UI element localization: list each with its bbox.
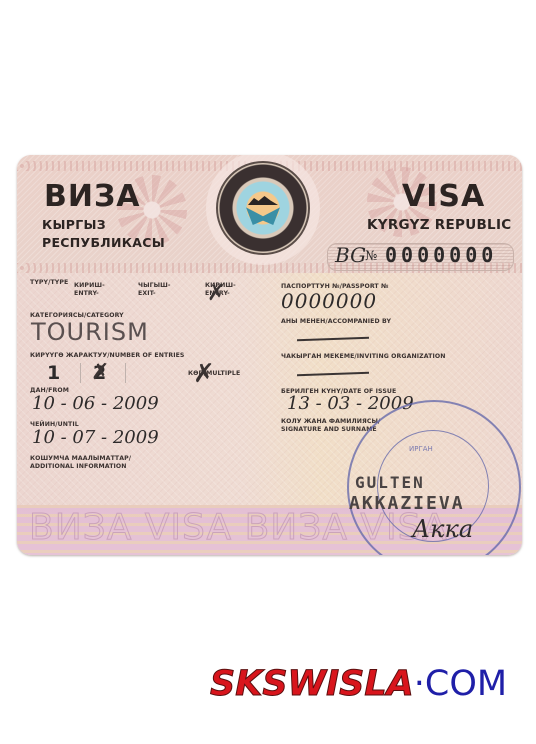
- emblem-mountains: [248, 195, 278, 205]
- passport-number: 0000000: [281, 289, 377, 313]
- serial-prefix: BG: [335, 243, 366, 267]
- cross-out-mark: ✗: [91, 360, 109, 385]
- site-watermark: SKSWISLA·COM: [210, 664, 507, 704]
- entries-divider: [125, 363, 126, 383]
- from-date: 10 - 06 - 2009: [32, 393, 159, 414]
- emblem-falcon: [246, 203, 280, 225]
- officer-first-name: GULTEN: [355, 473, 425, 492]
- accompanied-label: АНЫ МЕНЕН/ACCOMPANIED BY: [281, 318, 391, 326]
- inviting-org-label: ЧАКЫРГАН МЕКЕМЕ/INVITING ORGANIZATION: [281, 353, 446, 361]
- signature-label-ky: КОЛУ ЖАНА ФАМИЛИЯСЫ/: [281, 418, 380, 425]
- officer-surname: AKKAZIEVA: [349, 493, 465, 514]
- country-line-1-kyrgyz: КЫРГЫЗ: [42, 217, 106, 232]
- accompanied-dash: [297, 337, 369, 341]
- country-english: KYRGYZ REPUBLIC: [367, 217, 511, 233]
- type-option-exit: ЧЫГЫШ-EXIT-: [138, 282, 171, 297]
- type-label: ТҮРҮ/TYPE: [30, 279, 68, 287]
- visa-sticker: ВИЗА КЫРГЫЗ РЕСПУБЛИКАСЫ VISA KYRGYZ REP…: [17, 155, 522, 555]
- signature-label-en: SIGNATURE AND SURNAME: [281, 426, 377, 433]
- state-emblem-icon: [216, 161, 310, 255]
- until-date: 10 - 07 - 2009: [32, 427, 159, 448]
- cross-out-mark: ✗: [207, 281, 225, 306]
- entries-divider: [80, 363, 81, 383]
- visa-title-english: VISA: [402, 179, 485, 214]
- category-value: TOURISM: [31, 318, 149, 346]
- watermark-tld: ·COM: [414, 664, 507, 704]
- additional-info-label-ky: КОШУМЧА МААЛЫМАТТАР/: [30, 455, 131, 462]
- signature-label: КОЛУ ЖАНА ФАМИЛИЯСЫ/ SIGNATURE AND SURNA…: [281, 418, 380, 433]
- additional-info-label-en: ADDITIONAL INFORMATION: [30, 463, 127, 470]
- watermark-brand: SKSWISLA: [210, 664, 414, 704]
- inviting-org-dash: [297, 372, 369, 376]
- serial-number-symbol: №: [365, 249, 377, 264]
- additional-info-label: КОШУМЧА МААЛЫМАТТАР/ ADDITIONAL INFORMAT…: [30, 455, 131, 470]
- officer-signature: Акка: [412, 515, 473, 543]
- country-line-2-kyrgyz: РЕСПУБЛИКАСЫ: [42, 235, 165, 250]
- visa-title-kyrgyz: ВИЗА: [44, 179, 141, 214]
- type-option-entry: КИРИШ-ENTRY-: [74, 282, 105, 297]
- cross-out-mark: ✗: [193, 359, 215, 389]
- serial-number: 0000000: [385, 243, 497, 267]
- entries-option-single: 1: [47, 362, 60, 384]
- entries-label: КИРҮҮГӨ ЖАРАКТУУ/NUMBER OF ENTRIES: [30, 352, 185, 360]
- stamp-inner-text: ИРГАН: [409, 445, 433, 453]
